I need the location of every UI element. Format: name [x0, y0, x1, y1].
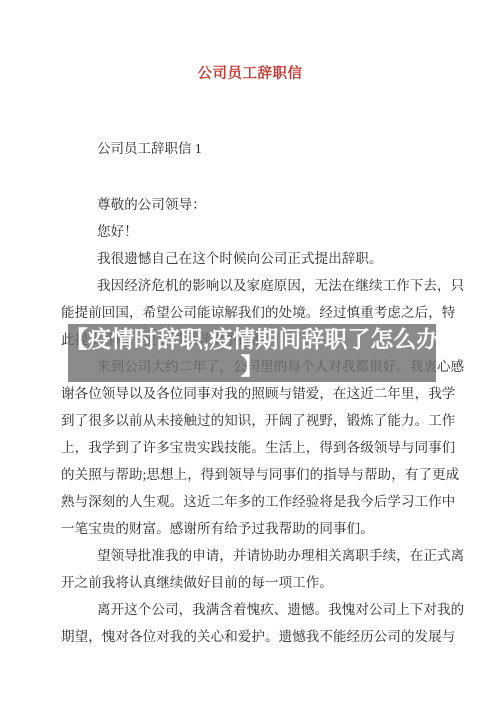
text-line: 望领导批准我的申请，并请协助办理相关离职手续，在正式离 [61, 542, 439, 569]
letter-heading: 公司员工辞职信 1 [61, 135, 439, 162]
text-line: 尊敬的公司领导： [61, 191, 439, 218]
page-title: 公司员工辞职信 [0, 62, 500, 83]
text-line: 一笔宝贵的财富。感谢所有给予过我帮助的同事们。 [61, 515, 439, 542]
text-line: 我很遗憾自己在这个时候向公司正式提出辞职。 [61, 245, 439, 272]
text-line: 您好！ [61, 218, 439, 245]
text-line: 到了很多以前从未接触过的知识，开阔了视野，锻炼了能力。工作 [61, 407, 439, 434]
text-line: 熟与深刻的人生观。这近二年多的工作经验将是我今后学习工作中 [61, 488, 439, 515]
text-line: 离开这个公司，我满含着愧疚、遗憾。我愧对公司上下对我的 [61, 596, 439, 623]
text-line: 期望，愧对各位对我的关心和爱护。遗憾我不能经历公司的发展与 [61, 623, 439, 650]
letter-lines: 尊敬的公司领导：您好！我很遗憾自己在这个时候向公司正式提出辞职。我因经济危机的影… [61, 191, 439, 650]
watermark-text-line1: 【疫情时辞职,疫情期间辞职了怎么办 [65, 326, 439, 353]
text-line: 上，我学到了许多宝贵实践技能。生活上，得到各级领导与同事们 [61, 434, 439, 461]
text-line: 的关照与帮助;思想上，得到领导与同事们的指导与帮助，有了更成 [61, 461, 439, 488]
document-page: 公司员工辞职信 公司员工辞职信 1 尊敬的公司领导：您好！我很遗憾自己在这个时候… [0, 0, 500, 706]
watermark-text-line2: 】 [241, 353, 264, 380]
text-line: 能提前回国，希望公司能谅解我们的处境。经过慎重考虑之后，特 [61, 299, 439, 326]
text-line: 我因经济危机的影响以及家庭原因，无法在继续工作下去，只 [61, 272, 439, 299]
watermark-banner[interactable]: 【疫情时辞职,疫情期间辞职了怎么办 】 [68, 324, 436, 382]
document-body: 公司员工辞职信 1 尊敬的公司领导：您好！我很遗憾自己在这个时候向公司正式提出辞… [61, 135, 439, 650]
text-line: 开之前我将认真继续做好目前的每一项工作。 [61, 569, 439, 596]
text-line: 谢各位领导以及各位同事对我的照顾与错爱，在这近二年里，我学 [61, 380, 439, 407]
